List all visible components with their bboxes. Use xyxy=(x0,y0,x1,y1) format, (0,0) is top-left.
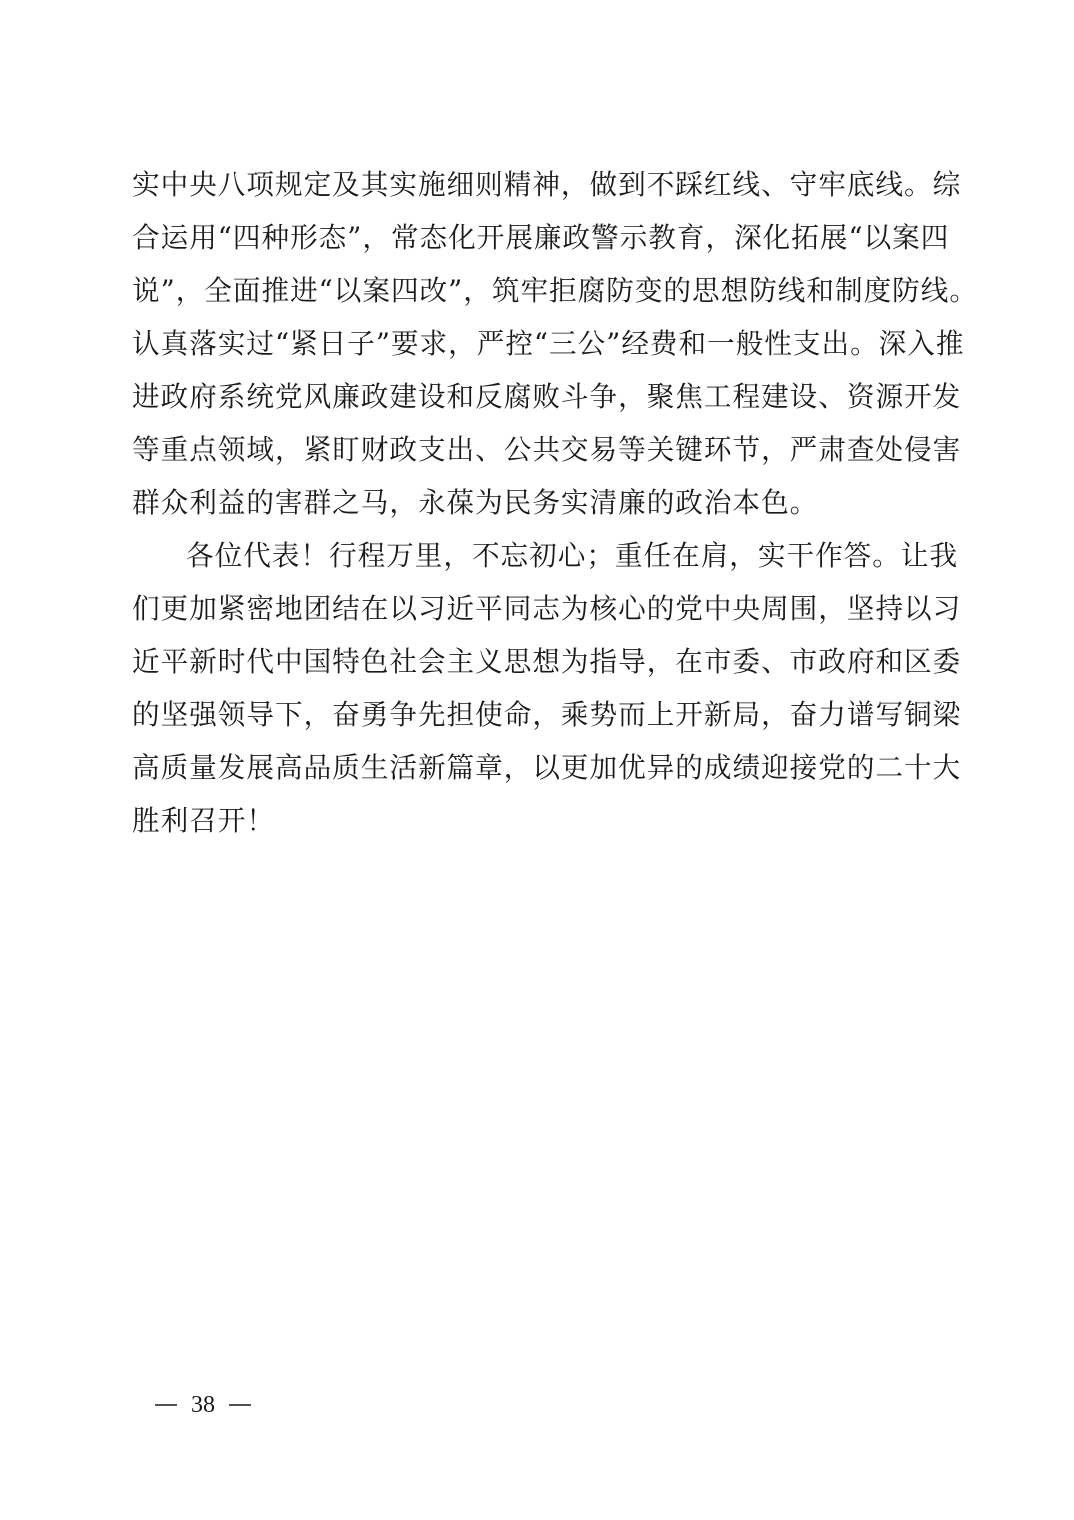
paragraph-2-line-5: 高质量发展高品质生活新篇章，以更加优异的成绩迎接党的二十大 xyxy=(132,748,944,788)
paragraph-2-line-2: 们更加紧密地团结在以习近平同志为核心的党中央周围，坚持以习 xyxy=(132,589,944,629)
page-number-value: 38 xyxy=(191,1392,215,1419)
dash-right xyxy=(229,1404,251,1406)
paragraph-2-line-4: 的坚强领导下，奋勇争先担使命，乘势而上开新局，奋力谱写铜梁 xyxy=(132,695,944,735)
paragraph-1-line-2: 合运用“四种形态”，常态化开展廉政警示教育，深化拓展“以案四 xyxy=(132,218,944,258)
paragraph-1-line-6: 等重点领域，紧盯财政支出、公共交易等关键环节，严肃查处侵害 xyxy=(132,430,944,470)
paragraph-1-line-1: 实中央八项规定及其实施细则精神，做到不踩红线、守牢底线。综 xyxy=(132,165,944,205)
paragraph-1-line-5: 进政府系统党风廉政建设和反腐败斗争，聚焦工程建设、资源开发 xyxy=(132,377,944,417)
dash-left xyxy=(155,1404,177,1406)
paragraph-1-line-3: 说”，全面推进“以案四改”，筑牢拒腐防变的思想防线和制度防线。 xyxy=(132,271,944,311)
document-page: 实中央八项规定及其实施细则精神，做到不踩红线、守牢底线。综 合运用“四种形态”，… xyxy=(0,0,1074,1520)
paragraph-1-line-4: 认真落实过“紧日子”要求，严控“三公”经费和一般性支出。深入推 xyxy=(132,324,944,364)
paragraph-2-line-3: 近平新时代中国特色社会主义思想为指导，在市委、市政府和区委 xyxy=(132,642,944,682)
page-number: 38 xyxy=(155,1390,251,1420)
paragraph-1-line-7: 群众利益的害群之马，永葆为民务实清廉的政治本色。 xyxy=(132,483,944,523)
paragraph-2-line-6: 胜利召开！ xyxy=(132,801,944,841)
paragraph-2-line-1: 各位代表！行程万里，不忘初心；重任在肩，实干作答。让我 xyxy=(186,536,944,576)
